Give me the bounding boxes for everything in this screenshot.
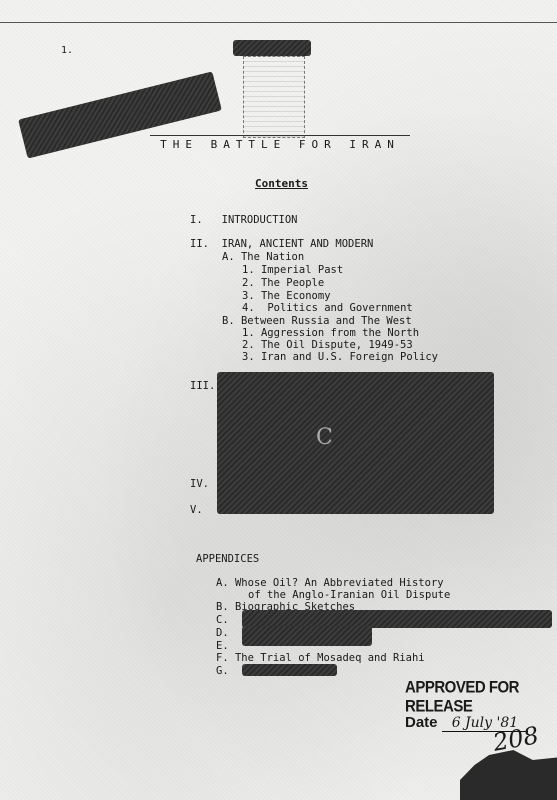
toc-item: B. Between Russia and The West bbox=[222, 315, 412, 327]
toc-item: 4. Politics and Government bbox=[242, 302, 413, 314]
redaction-bottom-corner bbox=[460, 750, 557, 800]
page-number: 1. bbox=[61, 45, 73, 56]
toc-item: A. The Nation bbox=[222, 251, 304, 263]
toc-item-redacted: IV. bbox=[190, 478, 209, 490]
toc-item: I. INTRODUCTION bbox=[190, 214, 297, 226]
contents-heading: Contents bbox=[255, 177, 308, 190]
appendix-item: F. The Trial of Mosadeq and Riahi bbox=[216, 652, 425, 664]
appendix-item: A. Whose Oil? An Abbreviated History bbox=[216, 577, 444, 589]
toc-item: 3. The Economy bbox=[242, 290, 331, 302]
toc-item-redacted: III. bbox=[190, 380, 215, 392]
faded-stamp bbox=[243, 56, 305, 138]
stamp-date-label: Date bbox=[405, 714, 438, 731]
toc-item-redacted: V. bbox=[190, 504, 203, 516]
top-rule bbox=[0, 22, 557, 23]
appendix-item: D. bbox=[216, 627, 229, 639]
stamp-title: APPROVED FOR RELEASE bbox=[405, 678, 555, 715]
document-title: THE BATTLE FOR IRAN bbox=[150, 135, 410, 151]
redaction-appendix-d-e bbox=[242, 626, 372, 646]
redaction-block-main bbox=[217, 372, 494, 514]
toc-item: 1. Imperial Past bbox=[242, 264, 343, 276]
toc-item: 2. The Oil Dispute, 1949-53 bbox=[242, 339, 413, 351]
redaction-header-top bbox=[233, 40, 311, 56]
toc-item: 3. Iran and U.S. Foreign Policy bbox=[242, 351, 438, 363]
appendix-item: C. bbox=[216, 614, 229, 626]
appendices-heading: APPENDICES bbox=[196, 553, 259, 565]
toc-item: II. IRAN, ANCIENT AND MODERN bbox=[190, 238, 373, 250]
appendix-item: E. bbox=[216, 640, 229, 652]
redaction-mark: C bbox=[316, 425, 333, 450]
document-page: 1. THE BATTLE FOR IRAN Contents I. INTRO… bbox=[0, 0, 557, 800]
redaction-appendix-g bbox=[242, 664, 337, 676]
toc-item: 1. Aggression from the North bbox=[242, 327, 419, 339]
toc-item: 2. The People bbox=[242, 277, 324, 289]
appendix-item: of the Anglo-Iranian Oil Dispute bbox=[248, 589, 450, 601]
appendix-item: G. bbox=[216, 665, 229, 677]
